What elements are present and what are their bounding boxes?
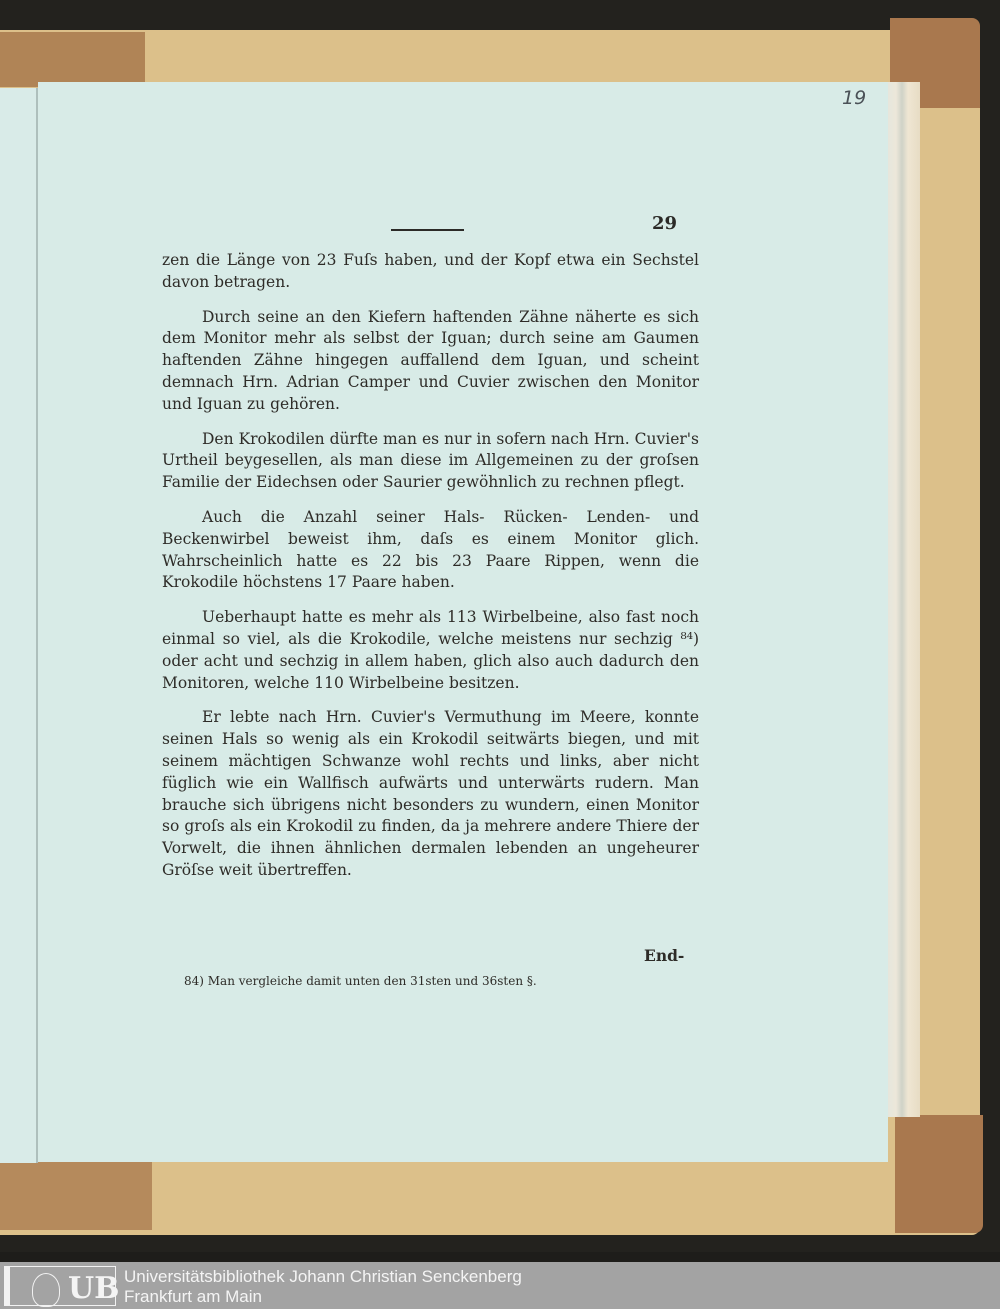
header-rule bbox=[391, 229, 464, 231]
paragraph: Auch die Anzahl seiner Hals- Rücken- Len… bbox=[162, 507, 699, 594]
paragraph: Er lebte nach Hrn. Cuvier's Vermuthung i… bbox=[162, 707, 699, 881]
footnote: 84) Man vergleiche damit unten den 31ste… bbox=[184, 974, 537, 988]
institution-location: Frankfurt am Main bbox=[124, 1287, 262, 1307]
paragraph: Den Krokodilen dürfte man es nur in sofe… bbox=[162, 429, 699, 494]
paragraph: Ueberhaupt hatte es mehr als 113 Wirbelb… bbox=[162, 607, 699, 694]
page-number: 29 bbox=[652, 213, 677, 234]
cover-tape bbox=[0, 32, 145, 87]
ub-logo: UB bbox=[4, 1266, 116, 1306]
paragraph: zen die Länge von 23 Fuſs haben, und der… bbox=[162, 250, 699, 294]
catchword: End- bbox=[644, 946, 684, 965]
portrait-icon bbox=[32, 1273, 60, 1307]
paragraph: Durch seine an den Kiefern haftenden Zäh… bbox=[162, 307, 699, 416]
library-footer-banner: UB Universitätsbibliothek Johann Christi… bbox=[0, 1262, 1000, 1309]
previous-page-edge bbox=[0, 88, 38, 1163]
cover-tape bbox=[895, 1115, 983, 1233]
logo-text: UB bbox=[68, 1272, 120, 1306]
body-text: zen die Länge von 23 Fuſs haben, und der… bbox=[162, 250, 699, 895]
pencil-folio-number: 19 bbox=[842, 87, 866, 109]
cover-tape bbox=[0, 1160, 152, 1230]
institution-name: Universitätsbibliothek Johann Christian … bbox=[124, 1267, 522, 1287]
